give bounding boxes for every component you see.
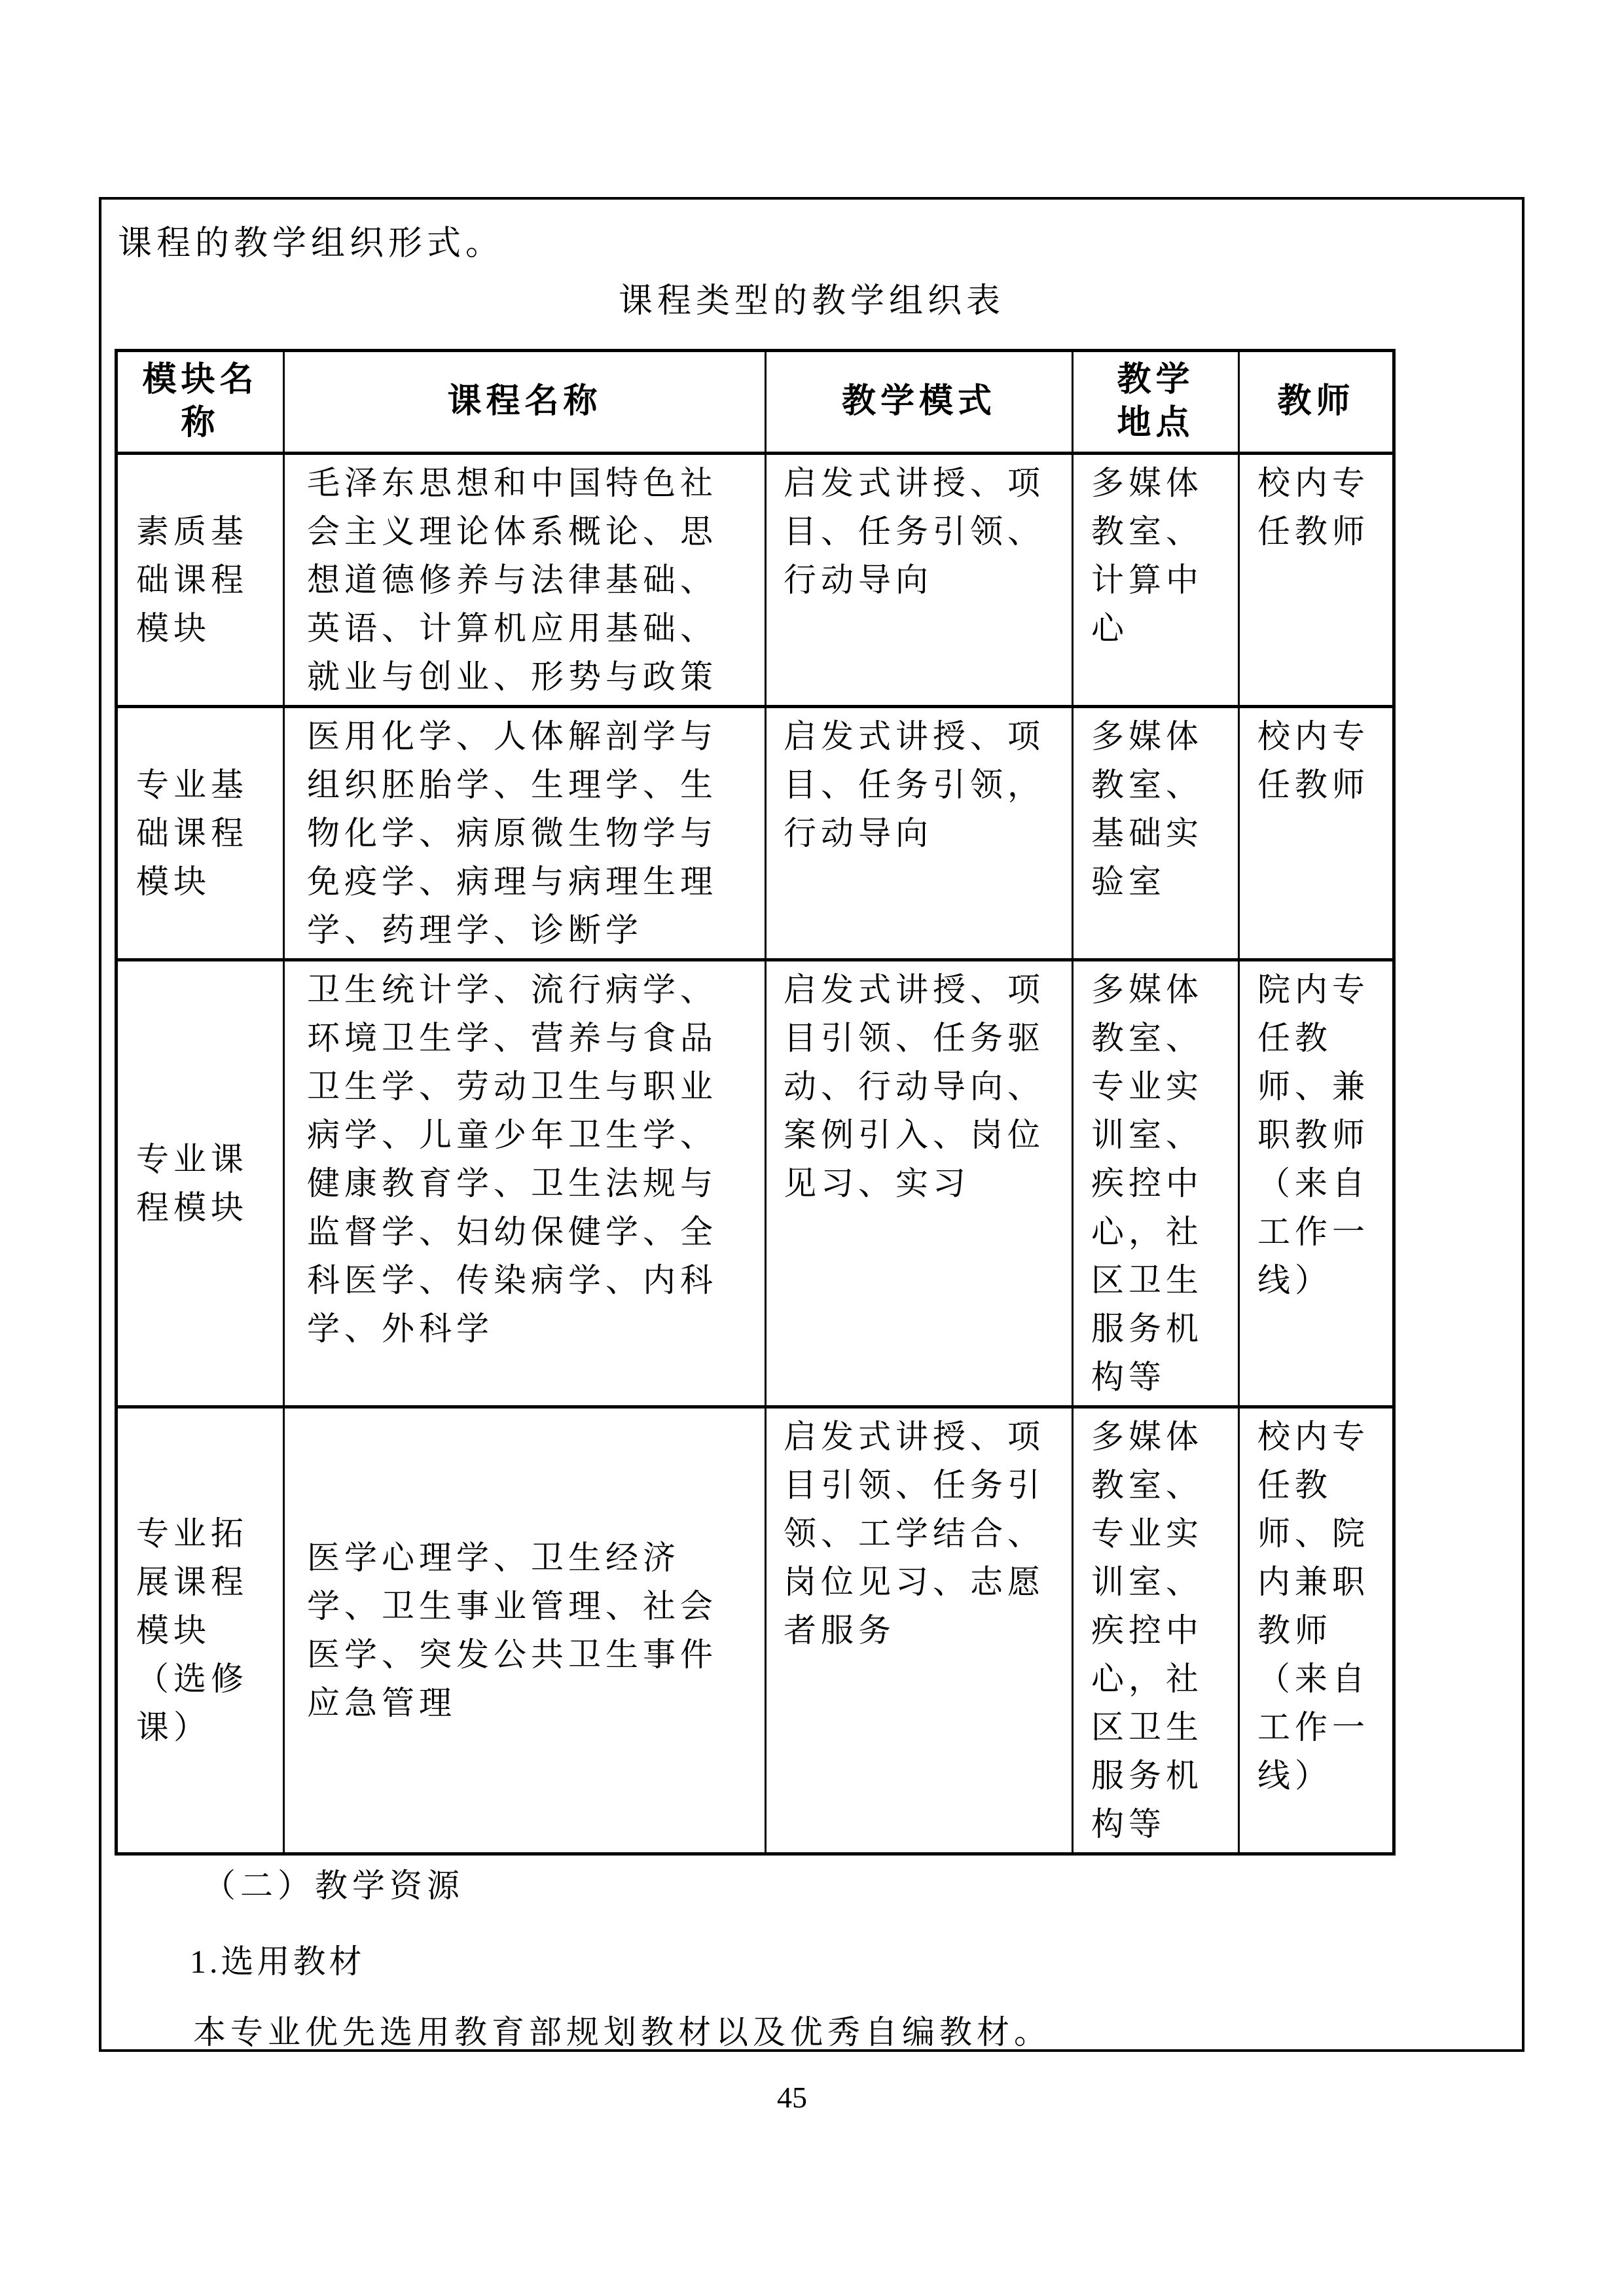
header-course-name: 课程名称	[284, 351, 766, 454]
header-teaching-mode: 教学模式	[766, 351, 1073, 454]
header-teacher: 教师	[1239, 351, 1394, 454]
cell-module: 素质基础课程模块	[117, 454, 284, 707]
cell-module: 专业基础课程模块	[117, 707, 284, 960]
table-row: 专业基础课程模块 医用化学、人体解剖学与组织胚胎学、生理学、生物化学、病原微生物…	[117, 707, 1394, 960]
teaching-organization-table: 模块名 称 课程名称 教学模式 教学 地点 教师 素质基础课程模块 毛泽东思想和…	[115, 349, 1396, 1856]
cell-courses: 卫生统计学、流行病学、环境卫生学、营养与食品卫生学、劳动卫生与职业病学、儿童少年…	[284, 960, 766, 1407]
table-row: 素质基础课程模块 毛泽东思想和中国特色社会主义理论体系概论、思想道德修养与法律基…	[117, 454, 1394, 707]
cell-teacher: 院内专任教师、兼职教师（来自工作一线）	[1239, 960, 1394, 1407]
cell-mode: 启发式讲授、项目、任务引领、行动导向	[766, 454, 1073, 707]
table-title: 课程类型的教学组织表	[101, 282, 1522, 321]
cell-mode: 启发式讲授、项目、任务引领，行动导向	[766, 707, 1073, 960]
cell-mode: 启发式讲授、项目引领、任务引领、工学结合、岗位见习、志愿者服务	[766, 1407, 1073, 1854]
body-paragraph: 本专业优先选用教育部规划教材以及优秀自编教材。	[193, 2013, 1522, 2052]
cell-teacher: 校内专任教师	[1239, 707, 1394, 960]
cell-module: 专业拓展课程模块（选修课）	[117, 1407, 284, 1854]
page-number: 45	[0, 2081, 1584, 2114]
table-row: 专业课程模块 卫生统计学、流行病学、环境卫生学、营养与食品卫生学、劳动卫生与职业…	[117, 960, 1394, 1407]
table-header-row: 模块名 称 课程名称 教学模式 教学 地点 教师	[117, 351, 1394, 454]
cell-courses: 毛泽东思想和中国特色社会主义理论体系概论、思想道德修养与法律基础、英语、计算机应…	[284, 454, 766, 707]
page-border-frame: 课程的教学组织形式。 课程类型的教学组织表 模块名 称 课程名称 教学模式 教学…	[99, 197, 1525, 2052]
cell-teacher: 校内专任教师、院内兼职教师（来自工作一线）	[1239, 1407, 1394, 1854]
intro-text: 课程的教学组织形式。	[118, 223, 1522, 265]
header-teaching-location: 教学 地点	[1073, 351, 1239, 454]
cell-module: 专业课程模块	[117, 960, 284, 1407]
section-heading: （二）教学资源	[203, 1866, 1522, 1905]
cell-location: 多媒体教室、基础实验室	[1073, 707, 1239, 960]
cell-location: 多媒体教室、专业实训室、疾控中心，社区卫生服务机构等	[1073, 1407, 1239, 1854]
cell-teacher: 校内专任教师	[1239, 454, 1394, 707]
cell-mode: 启发式讲授、项目引领、任务驱动、行动导向、案例引入、岗位见习、实习	[766, 960, 1073, 1407]
cell-courses: 医用化学、人体解剖学与组织胚胎学、生理学、生物化学、病原微生物学与免疫学、病理与…	[284, 707, 766, 960]
cell-location: 多媒体教室、计算中心	[1073, 454, 1239, 707]
table-row: 专业拓展课程模块（选修课） 医学心理学、卫生经济学、卫生事业管理、社会医学、突发…	[117, 1407, 1394, 1854]
subsection-heading: 1.选用教材	[190, 1942, 1522, 1981]
cell-courses: 医学心理学、卫生经济学、卫生事业管理、社会医学、突发公共卫生事件应急管理	[284, 1407, 766, 1854]
cell-location: 多媒体教室、专业实训室、疾控中心，社区卫生服务机构等	[1073, 960, 1239, 1407]
document-page: 课程的教学组织形式。 课程类型的教学组织表 模块名 称 课程名称 教学模式 教学…	[0, 0, 1624, 2296]
header-module-name: 模块名 称	[117, 351, 284, 454]
